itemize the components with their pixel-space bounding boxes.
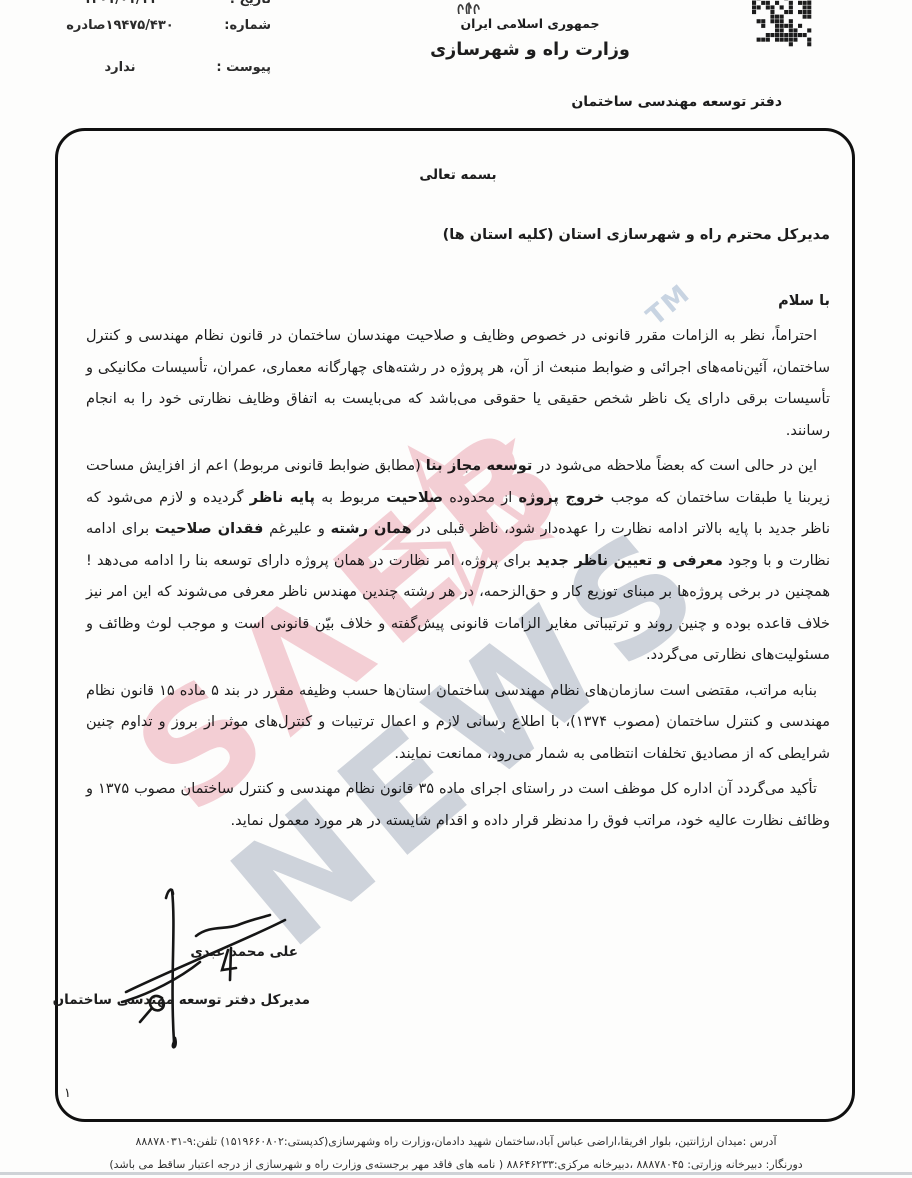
body-text: بنابه مراتب، مقتضی است سازمان‌های نظام م…: [86, 683, 830, 762]
ministry-title: وزارت راه و شهرسازی: [418, 40, 642, 60]
office-title: دفتر توسعه مهندسی ساختمان: [571, 94, 782, 110]
qr-modules: [752, 0, 811, 46]
emphasized-text: همان رشته: [331, 521, 412, 537]
emphasized-text: خروج پروژه: [518, 490, 604, 506]
attachment-row: پیوست : ندارد: [45, 54, 271, 80]
emphasized-text: معرفی و تعیین ناظر جدید: [536, 553, 723, 569]
recipient-line: مدیرکل محترم راه و شهرسازی استان (کلیه ا…: [86, 227, 830, 243]
letter-frame: بسمه تعالی مدیرکل محترم راه و شهرسازی اس…: [55, 128, 855, 1122]
letterhead-reference-block: تاریخ : ۱۴۰۱/۰۱/۱۱ شماره: ۱۹۴۷۵/۴۳۰صادره…: [45, 0, 271, 80]
body-text: از محدوده: [443, 490, 519, 506]
date-row: تاریخ : ۱۴۰۱/۰۱/۱۱: [45, 0, 271, 12]
body-text: این در حالی است که بعضاً ملاحظه می‌شود د…: [532, 458, 817, 474]
attachment-value: ندارد: [45, 60, 195, 75]
emphasized-text: صلاحیت: [386, 490, 443, 506]
emphasized-text: پایه ناظر: [250, 490, 315, 506]
footer-line-1: آدرس :میدان ارژانتین، بلوار افریقا،اراضی…: [0, 1130, 912, 1153]
number-label: شماره:: [224, 18, 271, 33]
emphasized-text: فقدان صلاحیت: [155, 521, 264, 537]
date-label: تاریخ :: [230, 0, 271, 7]
qr-code: [752, 0, 812, 47]
body-text: برای پروژه، امر نظارت در همان پروژه دارا…: [86, 553, 830, 664]
body-text: و علیرغم: [263, 521, 330, 537]
number-value: ۱۹۴۷۵/۴۳۰صادره: [45, 18, 195, 33]
letterhead-center: جمهوری اسلامی ایران وزارت راه و شهرسازی: [418, 0, 642, 60]
signer-title: مدیرکل دفتر توسعه مهندسی ساختمان: [108, 992, 310, 1008]
footer-address-block: آدرس :میدان ارژانتین، بلوار افریقا،اراضی…: [0, 1130, 912, 1176]
paragraph-4: تأکید می‌گردد آن اداره کل موظف است در را…: [86, 774, 830, 837]
date-value: ۱۴۰۱/۰۱/۱۱: [45, 0, 195, 7]
emphasized-text: توسعه مجاز بنا: [426, 458, 533, 474]
number-row: شماره: ۱۹۴۷۵/۴۳۰صادره: [45, 12, 271, 38]
country-title: جمهوری اسلامی ایران: [418, 16, 642, 31]
scanned-letter-page: تاریخ : ۱۴۰۱/۰۱/۱۱ شماره: ۱۹۴۷۵/۴۳۰صادره…: [0, 0, 912, 1178]
body-text: مربوط به: [315, 490, 386, 506]
attachment-label: پیوست :: [216, 60, 271, 75]
paragraph-3: بنابه مراتب، مقتضی است سازمان‌های نظام م…: [86, 676, 830, 771]
body-text: احتراماً، نظر به الزامات مقرر قانونی در …: [86, 328, 830, 439]
page-number: ۱: [64, 1086, 71, 1101]
body-text: تأکید می‌گردد آن اداره کل موظف است در را…: [86, 781, 830, 829]
signer-name: علی محمد عبدی: [202, 944, 298, 960]
paragraph-2: این در حالی است که بعضاً ملاحظه می‌شود د…: [86, 451, 830, 672]
paragraph-1: احتراماً، نظر به الزامات مقرر قانونی در …: [86, 321, 830, 447]
scan-edge-line: [0, 1172, 912, 1175]
basmala: بسمه تعالی: [86, 167, 830, 183]
salutation: با سلام: [86, 293, 830, 309]
